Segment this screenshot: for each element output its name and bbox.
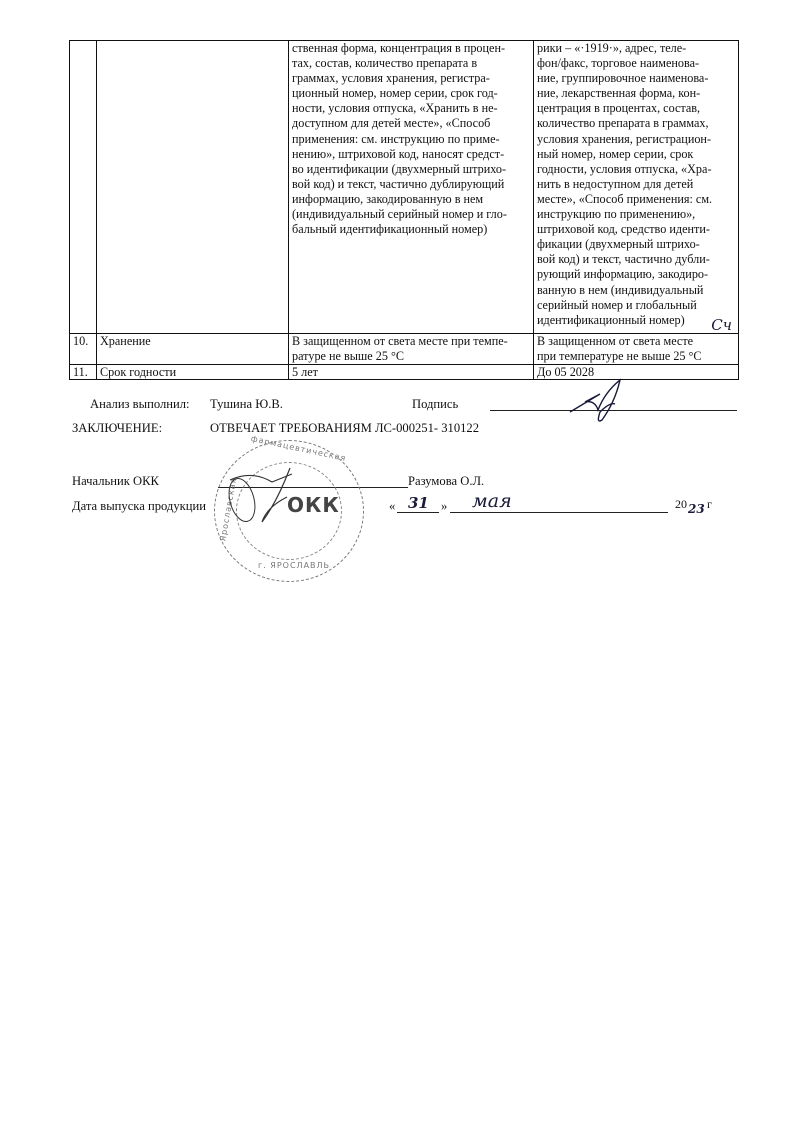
date-close-quote: » xyxy=(441,499,447,514)
date-year-prefix: 20 xyxy=(675,497,687,512)
cell-number: 11. xyxy=(70,365,97,380)
cell-number: 10. xyxy=(70,334,97,365)
date-year-unit: г xyxy=(707,497,712,512)
result-text: рики – «·1919·», адрес, теле- фон/факс, … xyxy=(537,41,735,328)
cell-result: рики – «·1919·», адрес, теле- фон/факс, … xyxy=(534,41,739,334)
analyst-signature-icon xyxy=(560,372,640,432)
head-label: Начальник ОКК xyxy=(72,474,159,489)
release-date-label: Дата выпуска продукции xyxy=(72,499,206,514)
result-text: В защищенном от света месте при температ… xyxy=(537,334,735,364)
date-day: 31 xyxy=(408,494,429,512)
analysis-label: Анализ выполнил: xyxy=(90,397,190,412)
date-year-suffix: 23 xyxy=(688,502,705,516)
requirement-text: В защищенном от света месте при темпе- р… xyxy=(292,334,530,364)
cell-parameter: Хранение xyxy=(97,334,289,365)
cell-number xyxy=(70,41,97,334)
requirement-text: ственная форма, концентрация в процен- т… xyxy=(292,41,530,237)
date-day-line xyxy=(397,512,439,513)
table-row-continuation: ственная форма, концентрация в процен- т… xyxy=(70,41,739,334)
stamp-bottom-text: г. ЯРОСЛАВЛЬ xyxy=(258,561,330,570)
conclusion-value: ОТВЕЧАЕТ ТРЕБОВАНИЯМ ЛС-000251- 310122 xyxy=(210,421,479,436)
cell-requirement: В защищенном от света месте при темпе- р… xyxy=(289,334,534,365)
date-month: мая xyxy=(472,490,512,512)
cell-result: В защищенном от света месте при температ… xyxy=(534,334,739,365)
conclusion-label: ЗАКЛЮЧЕНИЕ: xyxy=(72,421,162,436)
head-signature-icon xyxy=(222,462,312,532)
head-name: Разумова О.Л. xyxy=(408,474,484,489)
cell-requirement: ственная форма, концентрация в процен- т… xyxy=(289,41,534,334)
signature-label: Подпись xyxy=(412,397,458,412)
cell-requirement: 5 лет xyxy=(289,365,534,380)
spec-table: ственная форма, концентрация в процен- т… xyxy=(69,40,739,380)
date-month-line xyxy=(450,512,668,513)
table-row: 10. Хранение В защищенном от света месте… xyxy=(70,334,739,365)
document-page: ственная форма, концентрация в процен- т… xyxy=(0,0,794,1122)
analyst-name: Тушина Ю.В. xyxy=(210,397,283,412)
initials-mark: Сч xyxy=(711,318,732,333)
cell-parameter xyxy=(97,41,289,334)
date-open-quote: « xyxy=(389,499,395,514)
cell-parameter: Срок годности xyxy=(97,365,289,380)
